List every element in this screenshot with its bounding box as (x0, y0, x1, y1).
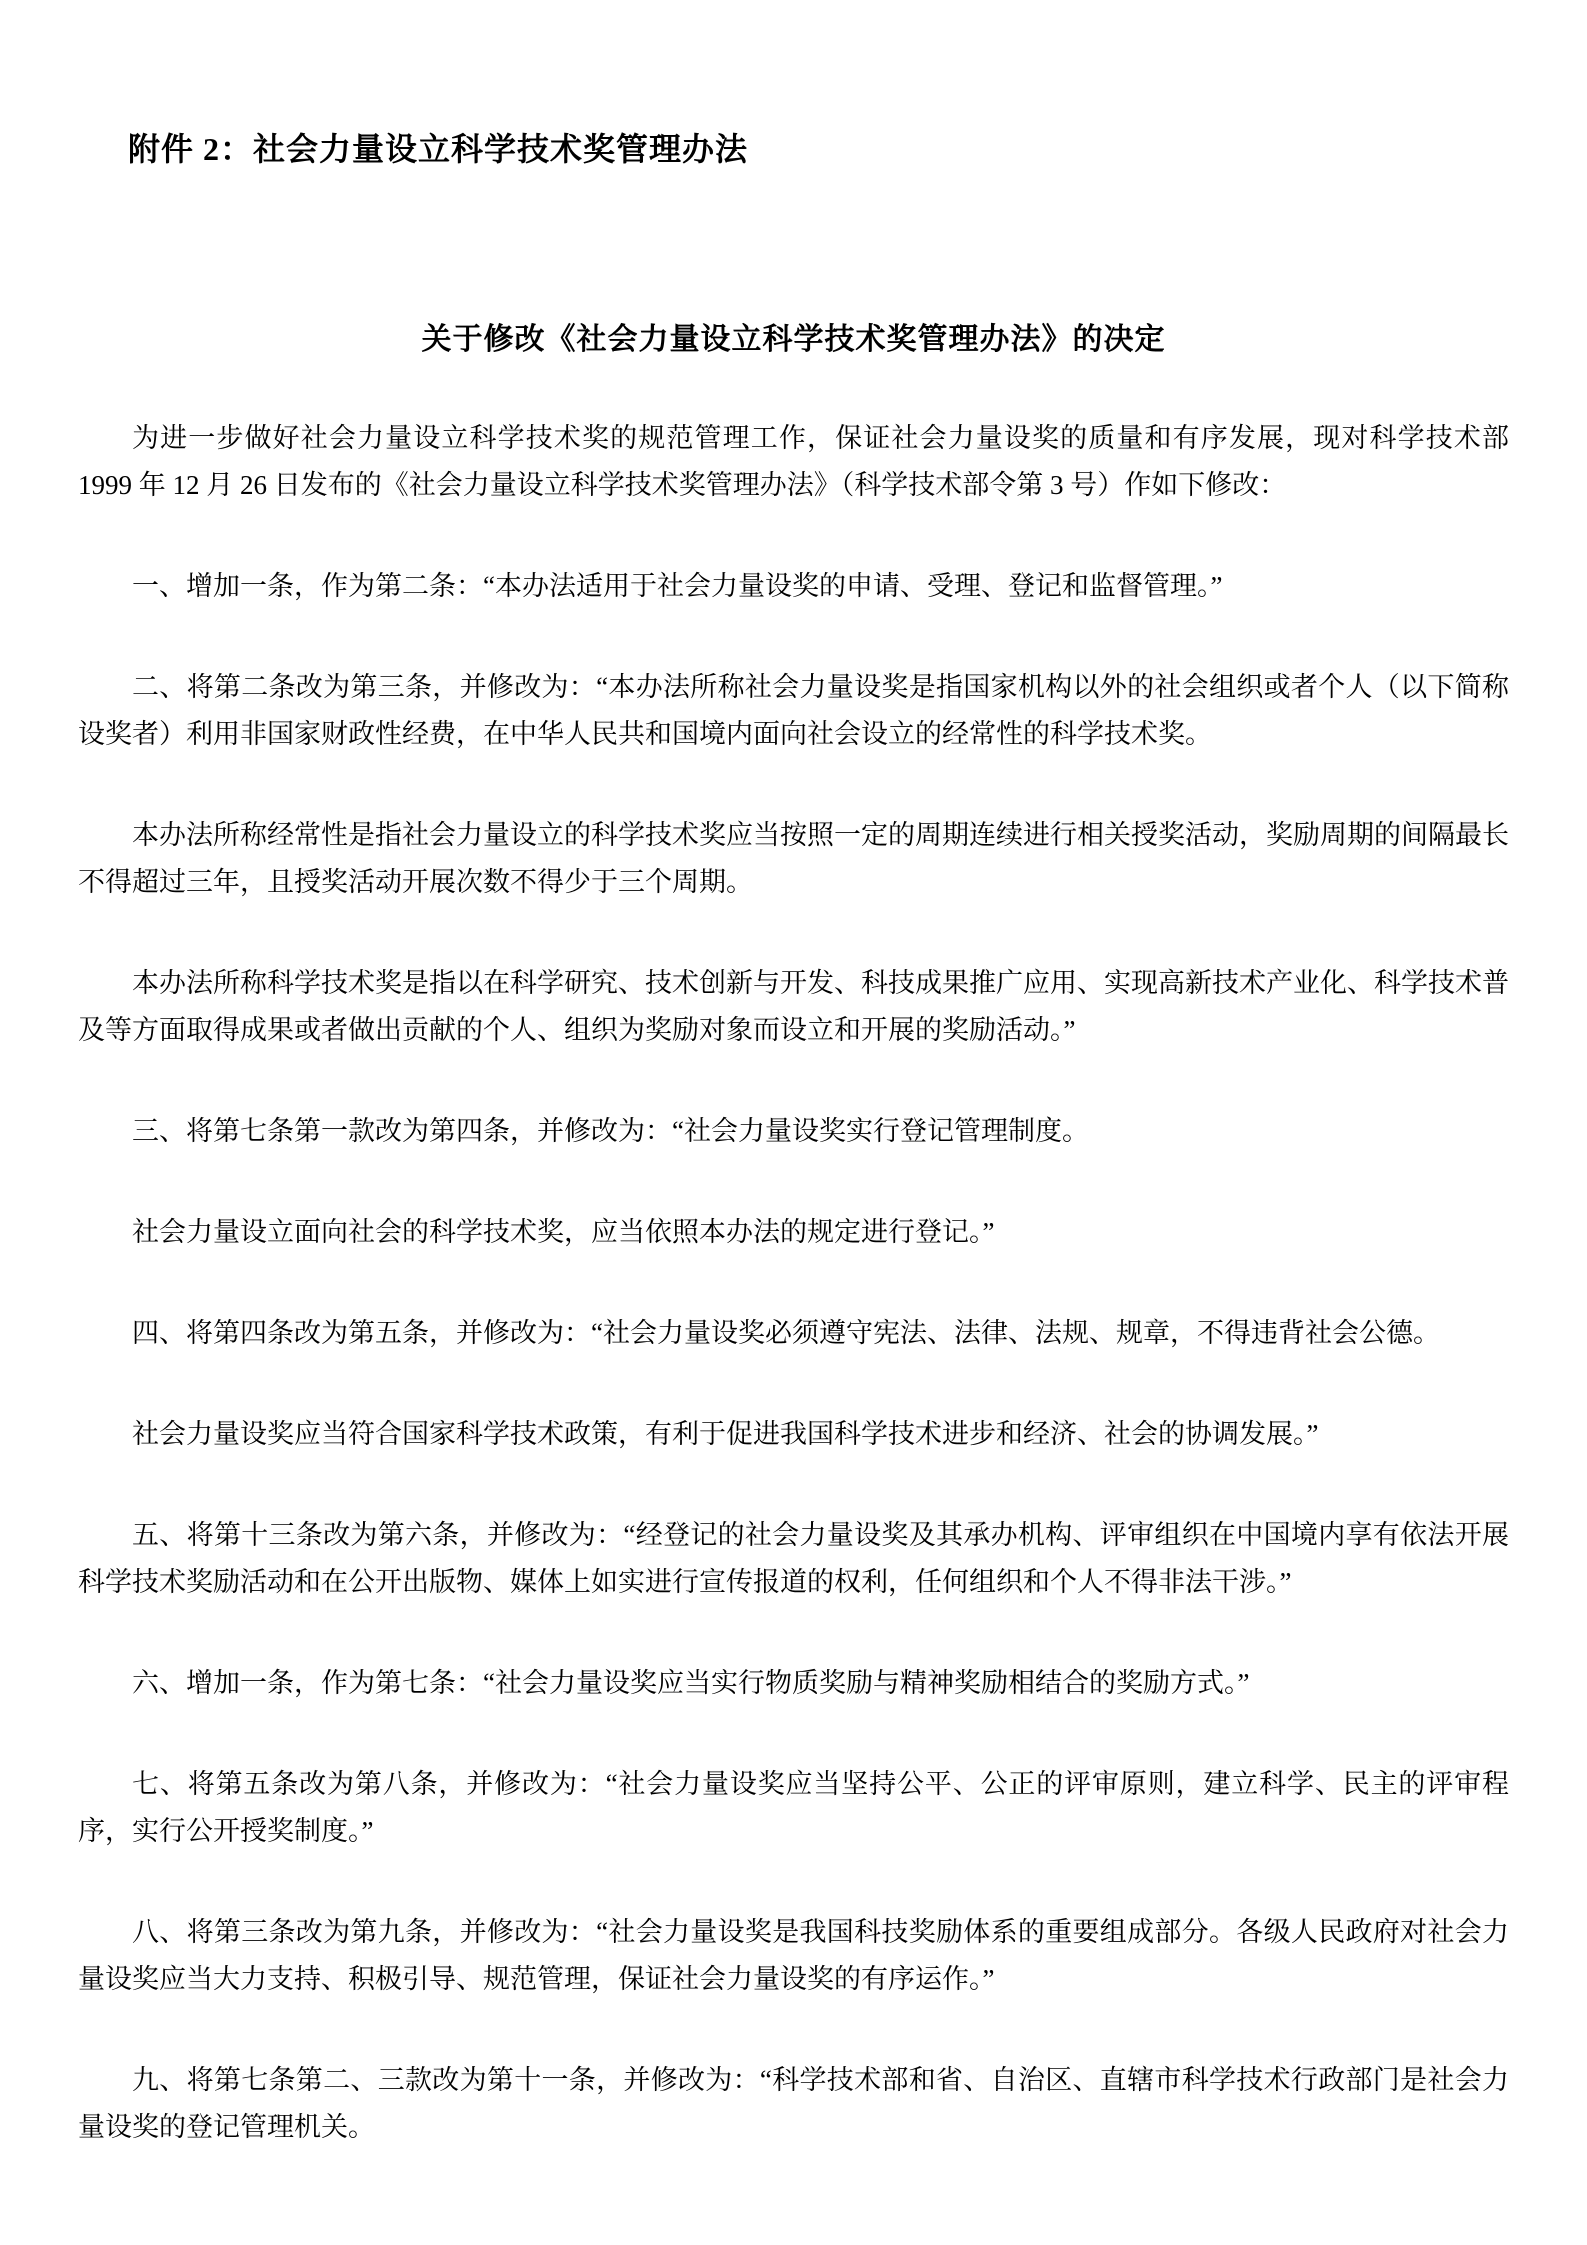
document-page: 附件 2：社会力量设立科学技术奖管理办法 关于修改《社会力量设立科学技术奖管理办… (0, 0, 1587, 2245)
document-body: 为进一步做好社会力量设立科学技术奖的规范管理工作，保证社会力量设奖的质量和有序发… (78, 415, 1509, 2151)
body-paragraph: 三、将第七条第一款改为第四条，并修改为：“社会力量设奖实行登记管理制度。 (78, 1108, 1509, 1155)
body-paragraph: 二、将第二条改为第三条，并修改为：“本办法所称社会力量设奖是指国家机构以外的社会… (78, 664, 1509, 758)
body-paragraph: 五、将第十三条改为第六条，并修改为：“经登记的社会力量设奖及其承办机构、评审组织… (78, 1512, 1509, 1606)
body-paragraph: 八、将第三条改为第九条，并修改为：“社会力量设奖是我国科技奖励体系的重要组成部分… (78, 1909, 1509, 2003)
body-paragraph: 七、将第五条改为第八条，并修改为：“社会力量设奖应当坚持公平、公正的评审原则，建… (78, 1761, 1509, 1855)
body-paragraph: 六、增加一条，作为第七条：“社会力量设奖应当实行物质奖励与精神奖励相结合的奖励方… (78, 1660, 1509, 1707)
body-paragraph: 九、将第七条第二、三款改为第十一条，并修改为：“科学技术部和省、自治区、直辖市科… (78, 2057, 1509, 2151)
body-paragraph: 本办法所称经常性是指社会力量设立的科学技术奖应当按照一定的周期连续进行相关授奖活… (78, 812, 1509, 906)
attachment-heading: 附件 2：社会力量设立科学技术奖管理办法 (128, 131, 1509, 167)
doc-title: 关于修改《社会力量设立科学技术奖管理办法》的决定 (78, 322, 1509, 358)
body-paragraph: 社会力量设奖应当符合国家科学技术政策，有利于促进我国科学技术进步和经济、社会的协… (78, 1411, 1509, 1458)
body-paragraph: 社会力量设立面向社会的科学技术奖，应当依照本办法的规定进行登记。” (78, 1209, 1509, 1256)
body-paragraph: 四、将第四条改为第五条，并修改为：“社会力量设奖必须遵守宪法、法律、法规、规章，… (78, 1310, 1509, 1357)
body-paragraph: 一、增加一条，作为第二条：“本办法适用于社会力量设奖的申请、受理、登记和监督管理… (78, 563, 1509, 610)
body-paragraph: 为进一步做好社会力量设立科学技术奖的规范管理工作，保证社会力量设奖的质量和有序发… (78, 415, 1509, 509)
body-paragraph: 本办法所称科学技术奖是指以在科学研究、技术创新与开发、科技成果推广应用、实现高新… (78, 960, 1509, 1054)
